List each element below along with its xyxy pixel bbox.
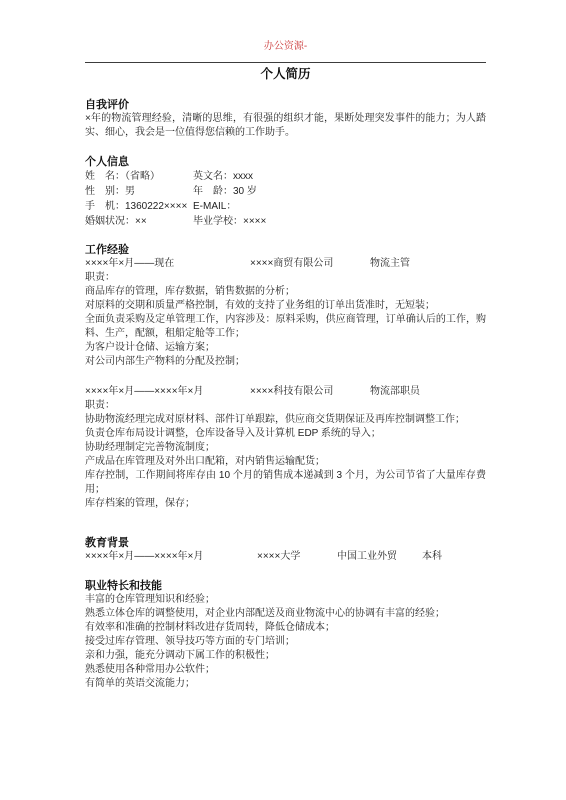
job-entry-2: ××××年×月——××××年×月 ××××科技有限公司 物流部职员 职责： 协助… [85,385,486,511]
skill-item: 熟悉立体仓库的调整使用，对企业内部配送及商业物流中心的协调有丰富的经验； [85,607,486,621]
job-1-duties-label: 职责： [85,271,486,285]
self-evaluation-text: ×年的物流管理经验，清晰的思维，有很强的组织才能，果断处理突发事件的能力；为人踏… [85,112,486,140]
skill-item: 有效率和准确的控制材料改进存货周转，降低仓储成本； [85,621,486,635]
job-1-duty: 全面负责采购及定单管理工作，内容涉及：原料采购，供应商管理，订单确认后的工作，购… [85,313,486,341]
job-1-duty: 为客户设计仓储、运输方案； [85,341,486,355]
info-english-name: 英文名：xxxx [193,169,486,184]
skill-item: 熟悉使用各种常用办公软件； [85,663,486,677]
job-2-duty: 库存控制，工作期间将库存由 10 个月的销售成本递减到 3 个月，为公司节省了大… [85,469,486,497]
section-self-evaluation: 自我评价 ×年的物流管理经验，清晰的思维，有很强的组织才能，果断处理突发事件的能… [85,98,486,140]
info-gender: 性 别：男 [85,184,193,199]
job-1-duty: 对原料的交期和质量严格控制，有效的支持了业务组的订单出货准时，无短装； [85,299,486,313]
section-work-experience: 工作经验 ××××年×月——现在 ××××商贸有限公司 物流主管 职责： 商品库… [85,243,486,511]
job-1-duty: 对公司内部生产物料的分配及控制； [85,355,486,369]
info-school: 毕业学校：×××× [193,214,486,229]
info-row-gender: 性 别：男 年 龄：30 岁 [85,184,486,199]
job-2-header: ××××年×月——××××年×月 ××××科技有限公司 物流部职员 [85,385,486,399]
education-major: 中国工业外贸 [337,550,422,564]
education-period: ××××年×月——××××年×月 [85,550,257,564]
section-education: 教育背景 ××××年×月——××××年×月 ××××大学 中国工业外贸 本科 [85,536,486,564]
job-1-period: ××××年×月——现在 [85,257,250,271]
section-personal-info: 个人信息 姓 名：（省略） 英文名：xxxx 性 别：男 年 龄：30 岁 手 … [85,155,486,229]
job-2-duty: 协助物流经理完成对原材料、部件订单跟踪，供应商交货期保证及再库控制调整工作； [85,413,486,427]
skill-item: 丰富的仓库管理知识和经验； [85,593,486,607]
job-1-header: ××××年×月——现在 ××××商贸有限公司 物流主管 [85,257,486,271]
job-2-period: ××××年×月——××××年×月 [85,385,250,399]
info-row-marital: 婚姻状况：×× 毕业学校：×××× [85,214,486,229]
section-heading-personal-info: 个人信息 [85,155,486,169]
job-1-company: ××××商贸有限公司 [250,257,370,271]
job-2-duty: 产成品在库管理及对外出口配箱，对内销售运输配货； [85,455,486,469]
info-email: E-MAIL： [193,199,486,214]
job-1-duty: 商品库存的管理，库存数据，销售数据的分析； [85,285,486,299]
section-heading-education: 教育背景 [85,536,486,550]
job-2-title: 物流部职员 [370,385,486,399]
education-entry: ××××年×月——××××年×月 ××××大学 中国工业外贸 本科 [85,550,486,564]
job-2-duty: 协助经理制定完善物流制度； [85,441,486,455]
section-heading-work-experience: 工作经验 [85,243,486,257]
resume-page: 办公资源- 个人简历 自我评价 ×年的物流管理经验，清晰的思维，有很强的组织才能… [0,0,566,800]
page-title: 个人简历 [85,66,486,83]
section-heading-self-evaluation: 自我评价 [85,98,486,112]
job-2-company: ××××科技有限公司 [250,385,370,399]
info-phone: 手 机：1360222×××× [85,199,193,214]
watermark-text: 办公资源- [85,40,486,54]
resume-content: 办公资源- 个人简历 自我评价 ×年的物流管理经验，清晰的思维，有很强的组织才能… [85,40,486,691]
info-marital-status: 婚姻状况：×× [85,214,193,229]
job-2-duty: 负责仓库布局设计调整，仓库设备导入及计算机 EDP 系统的导入； [85,427,486,441]
education-school: ××××大学 [257,550,337,564]
info-row-name: 姓 名：（省略） 英文名：xxxx [85,169,486,184]
job-2-duty: 库存档案的管理，保存； [85,497,486,511]
info-age: 年 龄：30 岁 [193,184,486,199]
job-1-title: 物流主管 [370,257,486,271]
header-divider [85,62,486,63]
job-2-duties-label: 职责： [85,399,486,413]
skill-item: 接受过库存管理、领导技巧等方面的专门培训； [85,635,486,649]
skill-item: 亲和力强，能充分调动下属工作的积极性； [85,649,486,663]
job-entry-1: ××××年×月——现在 ××××商贸有限公司 物流主管 职责： 商品库存的管理，… [85,257,486,369]
info-name: 姓 名：（省略） [85,169,193,184]
education-degree: 本科 [422,550,486,564]
skill-item: 有简单的英语交流能力； [85,677,486,691]
section-skills: 职业特长和技能 丰富的仓库管理知识和经验； 熟悉立体仓库的调整使用，对企业内部配… [85,579,486,691]
info-row-phone: 手 机：1360222×××× E-MAIL： [85,199,486,214]
section-heading-skills: 职业特长和技能 [85,579,486,593]
